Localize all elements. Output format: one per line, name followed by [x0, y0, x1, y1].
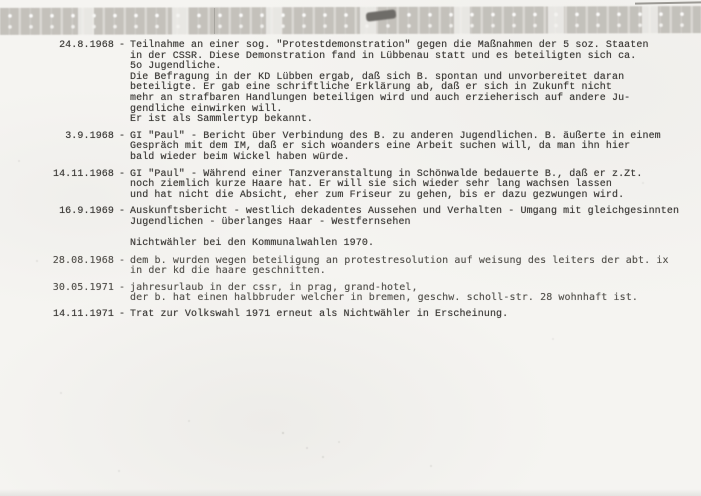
report-entry: 3.9.1968 - GI "Paul" - Bericht über Verb…: [28, 132, 680, 164]
text-line: Nichtwähler bei den Kommunalwahlen 1970.: [130, 239, 680, 250]
entry-text: GI "Paul" - Bericht über Verbindung des …: [130, 132, 680, 164]
text-line: Jugendlichen - überlanges Haar - Westfer…: [130, 218, 680, 229]
text-line: Trat zur Volkswahl 1971 erneut als Nicht…: [130, 310, 680, 321]
date-text-separator: -: [114, 283, 130, 304]
entry-text: GI "Paul" - Während einer Tanzveranstalt…: [130, 170, 680, 202]
date-text-separator: -: [114, 132, 130, 164]
text-line: Er ist als Sammlertyp bekannt.: [130, 115, 680, 126]
date-text-separator: -: [114, 256, 130, 277]
date-text-separator: -: [114, 207, 130, 249]
entry-text: Trat zur Volkswahl 1971 erneut als Nicht…: [130, 310, 680, 321]
entry-date: 14.11.1968: [28, 170, 114, 202]
report-entry: 14.11.1971 - Trat zur Volkswahl 1971 ern…: [28, 310, 680, 321]
entry-date: 16.9.1969: [28, 207, 114, 249]
report-entry: 16.9.1969 - Auskunftsbericht - westlich …: [28, 207, 680, 249]
entry-text: jahresurlaub in der cssr, in prag, grand…: [130, 283, 680, 304]
entry-text: dem b. wurden wegen beteiligung an prote…: [130, 256, 680, 277]
report-entry: 30.05.1971 - jahresurlaub in der cssr, i…: [28, 283, 680, 304]
entry-text: Auskunftsbericht - westlich dekadentes A…: [130, 207, 680, 249]
text-line: der b. hat einen halbbruder welcher in b…: [130, 293, 680, 304]
scanned-document-page: 24.8.1968 - Teilnahme an einer sog. "Pro…: [0, 0, 701, 496]
scan-artifact-vertical-line: [214, 8, 215, 34]
date-text-separator: -: [114, 310, 130, 321]
entry-date: 24.8.1968: [28, 41, 114, 126]
report-entry: 14.11.1968 - GI "Paul" - Während einer T…: [28, 170, 680, 202]
text-line: und hat nicht die Absicht, eher zum Fris…: [130, 191, 680, 202]
entry-date: 28.08.1968: [28, 256, 114, 277]
text-line: Teilnahme an einer sog. "Protestdemonstr…: [130, 41, 680, 52]
text-line: in der kd die haare geschnitten.: [130, 266, 680, 277]
report-entry: 24.8.1968 - Teilnahme an einer sog. "Pro…: [28, 41, 680, 126]
scan-artifact-corner-line: [635, 1, 701, 4]
paper-noise-speckles: [0, 0, 2, 2]
report-entries: 24.8.1968 - Teilnahme an einer sog. "Pro…: [28, 41, 680, 327]
date-text-separator: -: [114, 170, 130, 202]
page-bottom-shadow: [0, 489, 701, 496]
text-line: mehr an strafbaren Handlungen beteiligen…: [130, 94, 680, 105]
date-text-separator: -: [114, 41, 130, 126]
entry-date: 30.05.1971: [28, 283, 114, 304]
text-line: bald wieder beim Wickel haben würde.: [130, 153, 680, 164]
report-entry: 28.08.1968 - dem b. wurden wegen beteili…: [28, 256, 680, 277]
entry-date: 3.9.1968: [28, 132, 114, 164]
entry-date: 14.11.1971: [28, 310, 114, 321]
perforated-edge-strip: [0, 6, 701, 35]
entry-text: Teilnahme an einer sog. "Protestdemonstr…: [130, 41, 680, 126]
